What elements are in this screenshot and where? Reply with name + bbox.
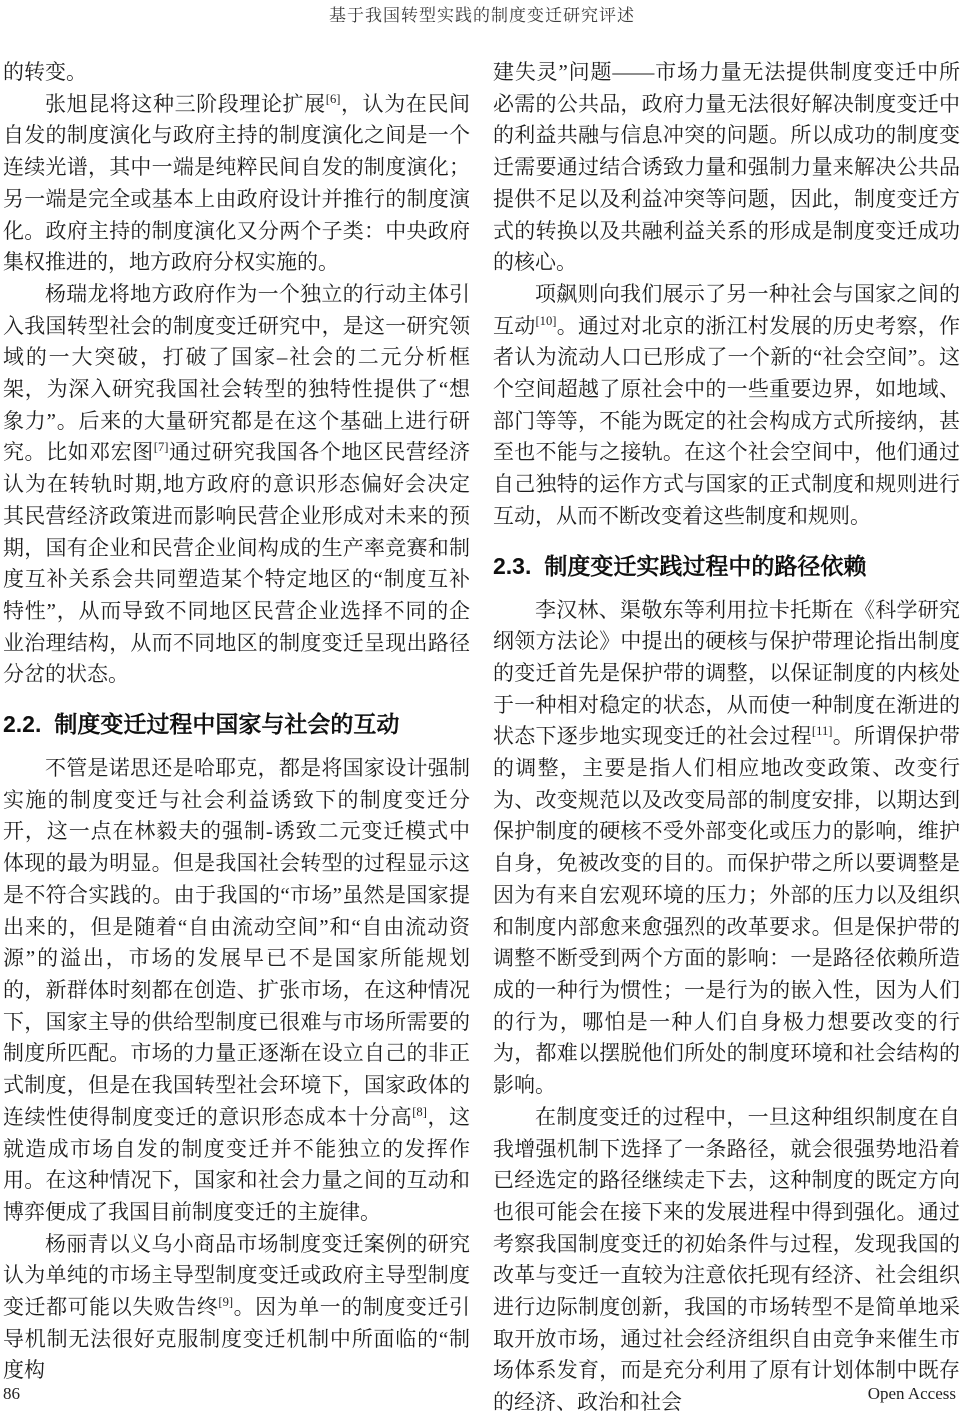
paragraph: 杨丽青以义乌小商品市场制度变迁案例的研究认为单纯的市场主导型制度变迁或政府主导型… [3, 1229, 470, 1388]
paragraph: 项飙则向我们展示了另一种社会与国家之间的互动[10]。通过对北京的浙江村发展的历… [493, 279, 960, 533]
paragraph: 杨瑞龙将地方政府作为一个独立的行动主体引入我国转型社会的制度变迁研究中，是这一研… [3, 279, 470, 691]
right-column: 建失灵”问题——市场力量无法提供制度变迁中所必需的公共品，政府力量无法很好解决制… [493, 57, 960, 1414]
running-head-title: 基于我国转型实践的制度变迁研究评述 [0, 4, 964, 28]
section-title: 制度变迁过程中国家与社会的互动 [54, 711, 399, 737]
page-footer: 86 Open Access [3, 1384, 956, 1404]
section-number: 2.3. [493, 553, 531, 579]
section-heading-2-3: 2.3.制度变迁实践过程中的路径依赖 [493, 551, 960, 581]
section-heading-2-2: 2.2.制度变迁过程中国家与社会的互动 [3, 709, 470, 739]
paragraph: 建失灵”问题——市场力量无法提供制度变迁中所必需的公共品，政府力量无法很好解决制… [493, 57, 960, 279]
paragraph: 的转变。 [3, 57, 470, 89]
page-number: 86 [3, 1384, 20, 1404]
section-title: 制度变迁实践过程中的路径依赖 [544, 553, 866, 579]
section-number: 2.2. [3, 711, 41, 737]
paper-page: 基于我国转型实践的制度变迁研究评述 的转变。 张旭昆将这种三阶段理论扩展[6]，… [0, 0, 964, 1414]
paragraph: 在制度变迁的过程中，一旦这种组织制度在自我增强机制下选择了一条路径，就会很强势地… [493, 1102, 960, 1414]
paragraph: 不管是诺思还是哈耶克，都是将国家设计强制实施的制度变迁与社会利益诱致下的制度变迁… [3, 753, 470, 1229]
left-column: 的转变。 张旭昆将这种三阶段理论扩展[6]，认为在民间自发的制度演化与政府主持的… [3, 57, 470, 1387]
paragraph: 李汉林、渠敬东等利用拉卡托斯在《科学研究纲领方法论》中提出的硬核与保护带理论指出… [493, 595, 960, 1102]
open-access-label: Open Access [868, 1384, 956, 1404]
paragraph: 张旭昆将这种三阶段理论扩展[6]，认为在民间自发的制度演化与政府主持的制度演化之… [3, 89, 470, 279]
